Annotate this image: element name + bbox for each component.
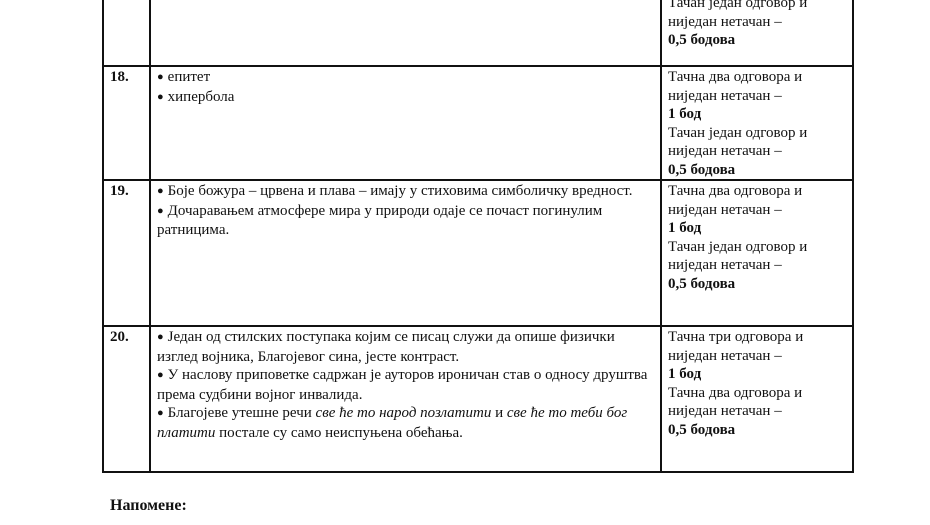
scoring-criterion: Тачна два одговора и ниједан нетачан – [668, 182, 846, 219]
scoring-points: 0,5 бодова [668, 275, 846, 294]
scoring-criterion: Тачан један одговор и ниједан нетачан – [668, 124, 846, 161]
answer-item: У наслову приповетке садржан је ауторов … [157, 366, 654, 404]
answer-item: Дочаравањем атмосфере мира у природи ода… [157, 202, 654, 240]
answer-item: хипербола [157, 88, 654, 108]
answer-cell: Један од стилских поступака којим се пис… [150, 326, 661, 472]
table-row: 18. епитет хипербола Тачна два одговора … [103, 66, 853, 180]
answer-cell: Боје божура – црвена и плава – имају у с… [150, 180, 661, 326]
scoring-criterion: Тачна три одговора и ниједан нетачан – [668, 328, 846, 365]
answer-cell: епитет хипербола [150, 66, 661, 180]
scoring-criterion: Тачан један одговор и ниједан нетачан – [668, 238, 846, 275]
scoring-cell: Тачна три одговора и ниједан нетачан – 1… [661, 326, 853, 472]
answer-key-table: 1 бод Тачан један одговор и ниједан нета… [102, 0, 854, 473]
scoring-cell: Тачна два одговора и ниједан нетачан – 1… [661, 66, 853, 180]
scoring-points: 1 бод [668, 219, 846, 238]
scoring-cell: Тачна два одговора и ниједан нетачан – 1… [661, 180, 853, 326]
question-number: 20. [103, 326, 150, 472]
answer-item: епитет [157, 68, 654, 88]
question-number: 18. [103, 66, 150, 180]
scoring-criterion: Тачна два одговора и ниједан нетачан – [668, 384, 846, 421]
answer-item: Боје божура – црвена и плава – имају у с… [157, 182, 654, 202]
answer-item: Један од стилских поступака којим се пис… [157, 328, 654, 366]
scoring-criterion: Тачна два одговора и ниједан нетачан – [668, 68, 846, 105]
scoring-points: 1 бод [668, 105, 846, 124]
table-row: 1 бод Тачан један одговор и ниједан нета… [103, 0, 853, 66]
question-number: 19. [103, 180, 150, 326]
scoring-criterion: Тачан један одговор и ниједан нетачан – [668, 0, 846, 31]
answer-text: Благојеве утешне речи [168, 405, 316, 421]
scoring-points: 0,5 бодова [668, 161, 846, 180]
answer-cell [150, 0, 661, 66]
notes-heading: Напомене: [110, 497, 187, 515]
answer-item: Благојеве утешне речи све ће то народ по… [157, 404, 654, 442]
document-page: 1 бод Тачан један одговор и ниједан нета… [0, 0, 930, 525]
table-row: 19. Боје божура – црвена и плава – имају… [103, 180, 853, 326]
quote: све ће то народ позлатити [316, 405, 492, 421]
scoring-points: 0,5 бодова [668, 421, 846, 440]
answer-text: и [491, 405, 507, 421]
scoring-points: 0,5 бодова [668, 31, 846, 50]
scoring-points: 1 бод [668, 365, 846, 384]
table-row: 20. Један од стилских поступака којим се… [103, 326, 853, 472]
question-number [103, 0, 150, 66]
scoring-cell: 1 бод Тачан један одговор и ниједан нета… [661, 0, 853, 66]
answer-text: постале су само неиспуњена обећања. [215, 425, 463, 441]
